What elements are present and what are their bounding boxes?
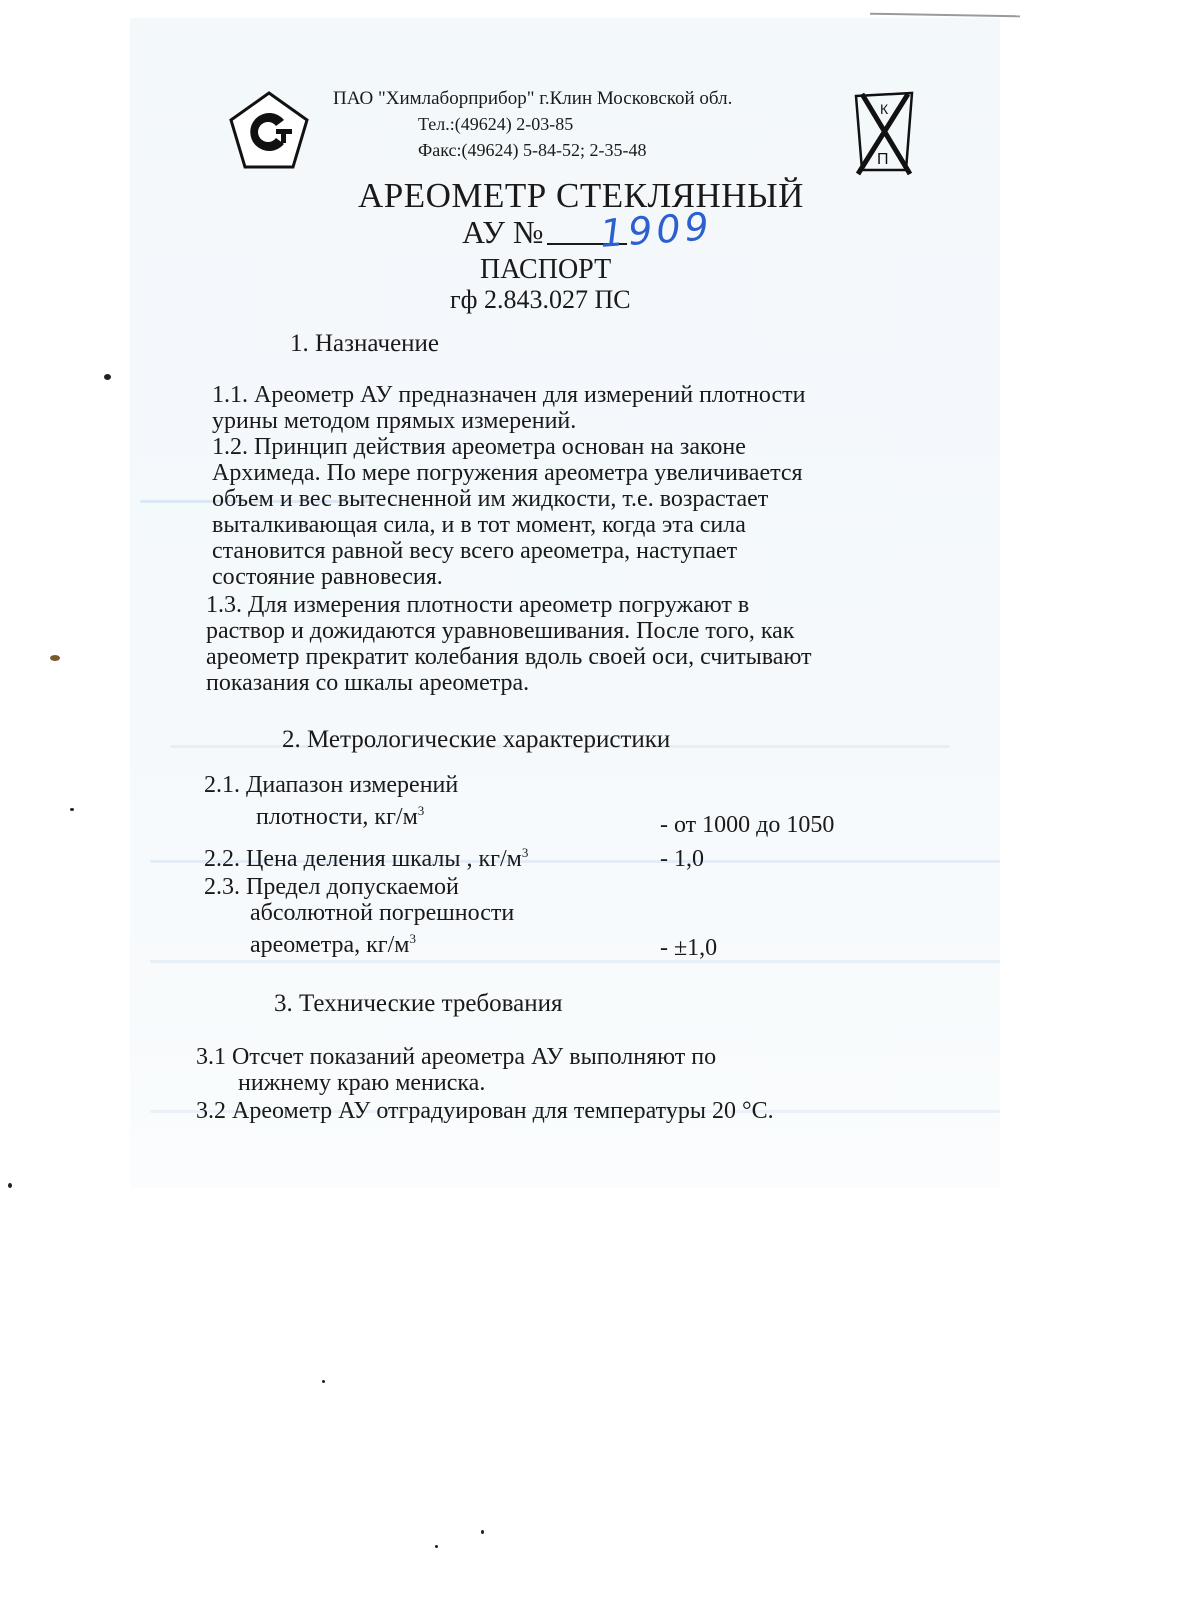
scan-speck: [8, 1183, 12, 1188]
paragraph-3-1-cont: нижнему краю мениска.: [238, 1070, 485, 1096]
text-line: раствор и дожидаются уравновешивания. По…: [206, 618, 812, 644]
paragraph-3-2: 3.2 Ареометр АУ отградуирован для темпер…: [196, 1098, 774, 1124]
spec-2-1-label: 2.1. Диапазон измерений: [204, 772, 458, 798]
doc-code: гф 2.843.027 ПС: [450, 285, 631, 315]
spec-2-2-label: 2.2. Цена деления шкалы , кг/м3: [204, 840, 528, 872]
scan-edge-line: [870, 13, 1020, 18]
spec-2-3-label-cont: абсолютной погрешности: [250, 900, 514, 926]
paragraph-1-2: 1.2. Принцип действия ареометра основан …: [212, 434, 803, 590]
scan-speck: [70, 808, 74, 811]
text-line: становится равной весу всего ареометра, …: [212, 538, 803, 564]
gost-certification-mark-icon: [228, 90, 310, 172]
text-line: 1.1. Ареометр АУ предназначен для измере…: [212, 382, 805, 408]
spec-2-1-label-cont: плотности, кг/м3: [256, 798, 424, 830]
spec-2-3-label: 2.3. Предел допускаемой: [204, 874, 459, 900]
paragraph-3-1: 3.1 Отсчет показаний ареометра АУ выполн…: [196, 1044, 716, 1070]
section-heading-metrology: 2. Метрологические характеристики: [282, 726, 670, 754]
scan-streak: [150, 960, 1000, 963]
scan-speck: [481, 1530, 484, 1534]
kp-hazard-mark-icon: К П: [850, 90, 918, 176]
spec-2-3-label-cont2: ареометра, кг/м3: [250, 926, 416, 958]
scan-speck: [322, 1380, 325, 1383]
spec-2-1-value: - от 1000 до 1050: [660, 812, 834, 839]
svg-text:К: К: [880, 101, 889, 117]
fax-number: Факс:(49624) 5-84-52; 2-35-48: [418, 140, 646, 161]
doc-type: ПАСПОРТ: [480, 254, 611, 286]
svg-text:П: П: [877, 151, 889, 168]
phone-number: Тел.:(49624) 2-03-85: [418, 114, 573, 135]
text-line: ареометр прекратит колебания вдоль своей…: [206, 644, 812, 670]
serial-number-handwritten: 1909: [599, 204, 715, 256]
scan-speck: [435, 1545, 438, 1548]
text-line: состояние равновесия.: [212, 564, 803, 590]
text-line: 1.2. Принцип действия ареометра основан …: [212, 434, 803, 460]
spec-2-3-value: - ±1,0: [660, 935, 717, 962]
text-line: объем и вес вытесненной им жидкости, т.е…: [212, 486, 803, 512]
paragraph-1-1: 1.1. Ареометр АУ предназначен для измере…: [212, 382, 805, 434]
text-line: урины методом прямых измерений.: [212, 408, 805, 434]
document-title: АРЕОМЕТР СТЕКЛЯННЫЙ: [358, 176, 804, 216]
scan-speck: [50, 655, 60, 661]
text-line: 1.3. Для измерения плотности ареометр по…: [206, 592, 812, 618]
scan-speck: [104, 374, 111, 380]
model-prefix: АУ №: [462, 214, 543, 250]
section-heading-purpose: 1. Назначение: [290, 330, 439, 358]
organization-name: ПАО "Химлаборприбор" г.Клин Московской о…: [333, 88, 732, 110]
spec-2-2-value: - 1,0: [660, 846, 704, 873]
paragraph-1-3: 1.3. Для измерения плотности ареометр по…: [206, 592, 812, 696]
section-heading-technical: 3. Технические требования: [274, 990, 562, 1018]
text-line: показания со шкалы ареометра.: [206, 670, 812, 696]
text-line: выталкивающая сила, и в тот момент, когд…: [212, 512, 803, 538]
text-line: Архимеда. По мере погружения ареометра у…: [212, 460, 803, 486]
